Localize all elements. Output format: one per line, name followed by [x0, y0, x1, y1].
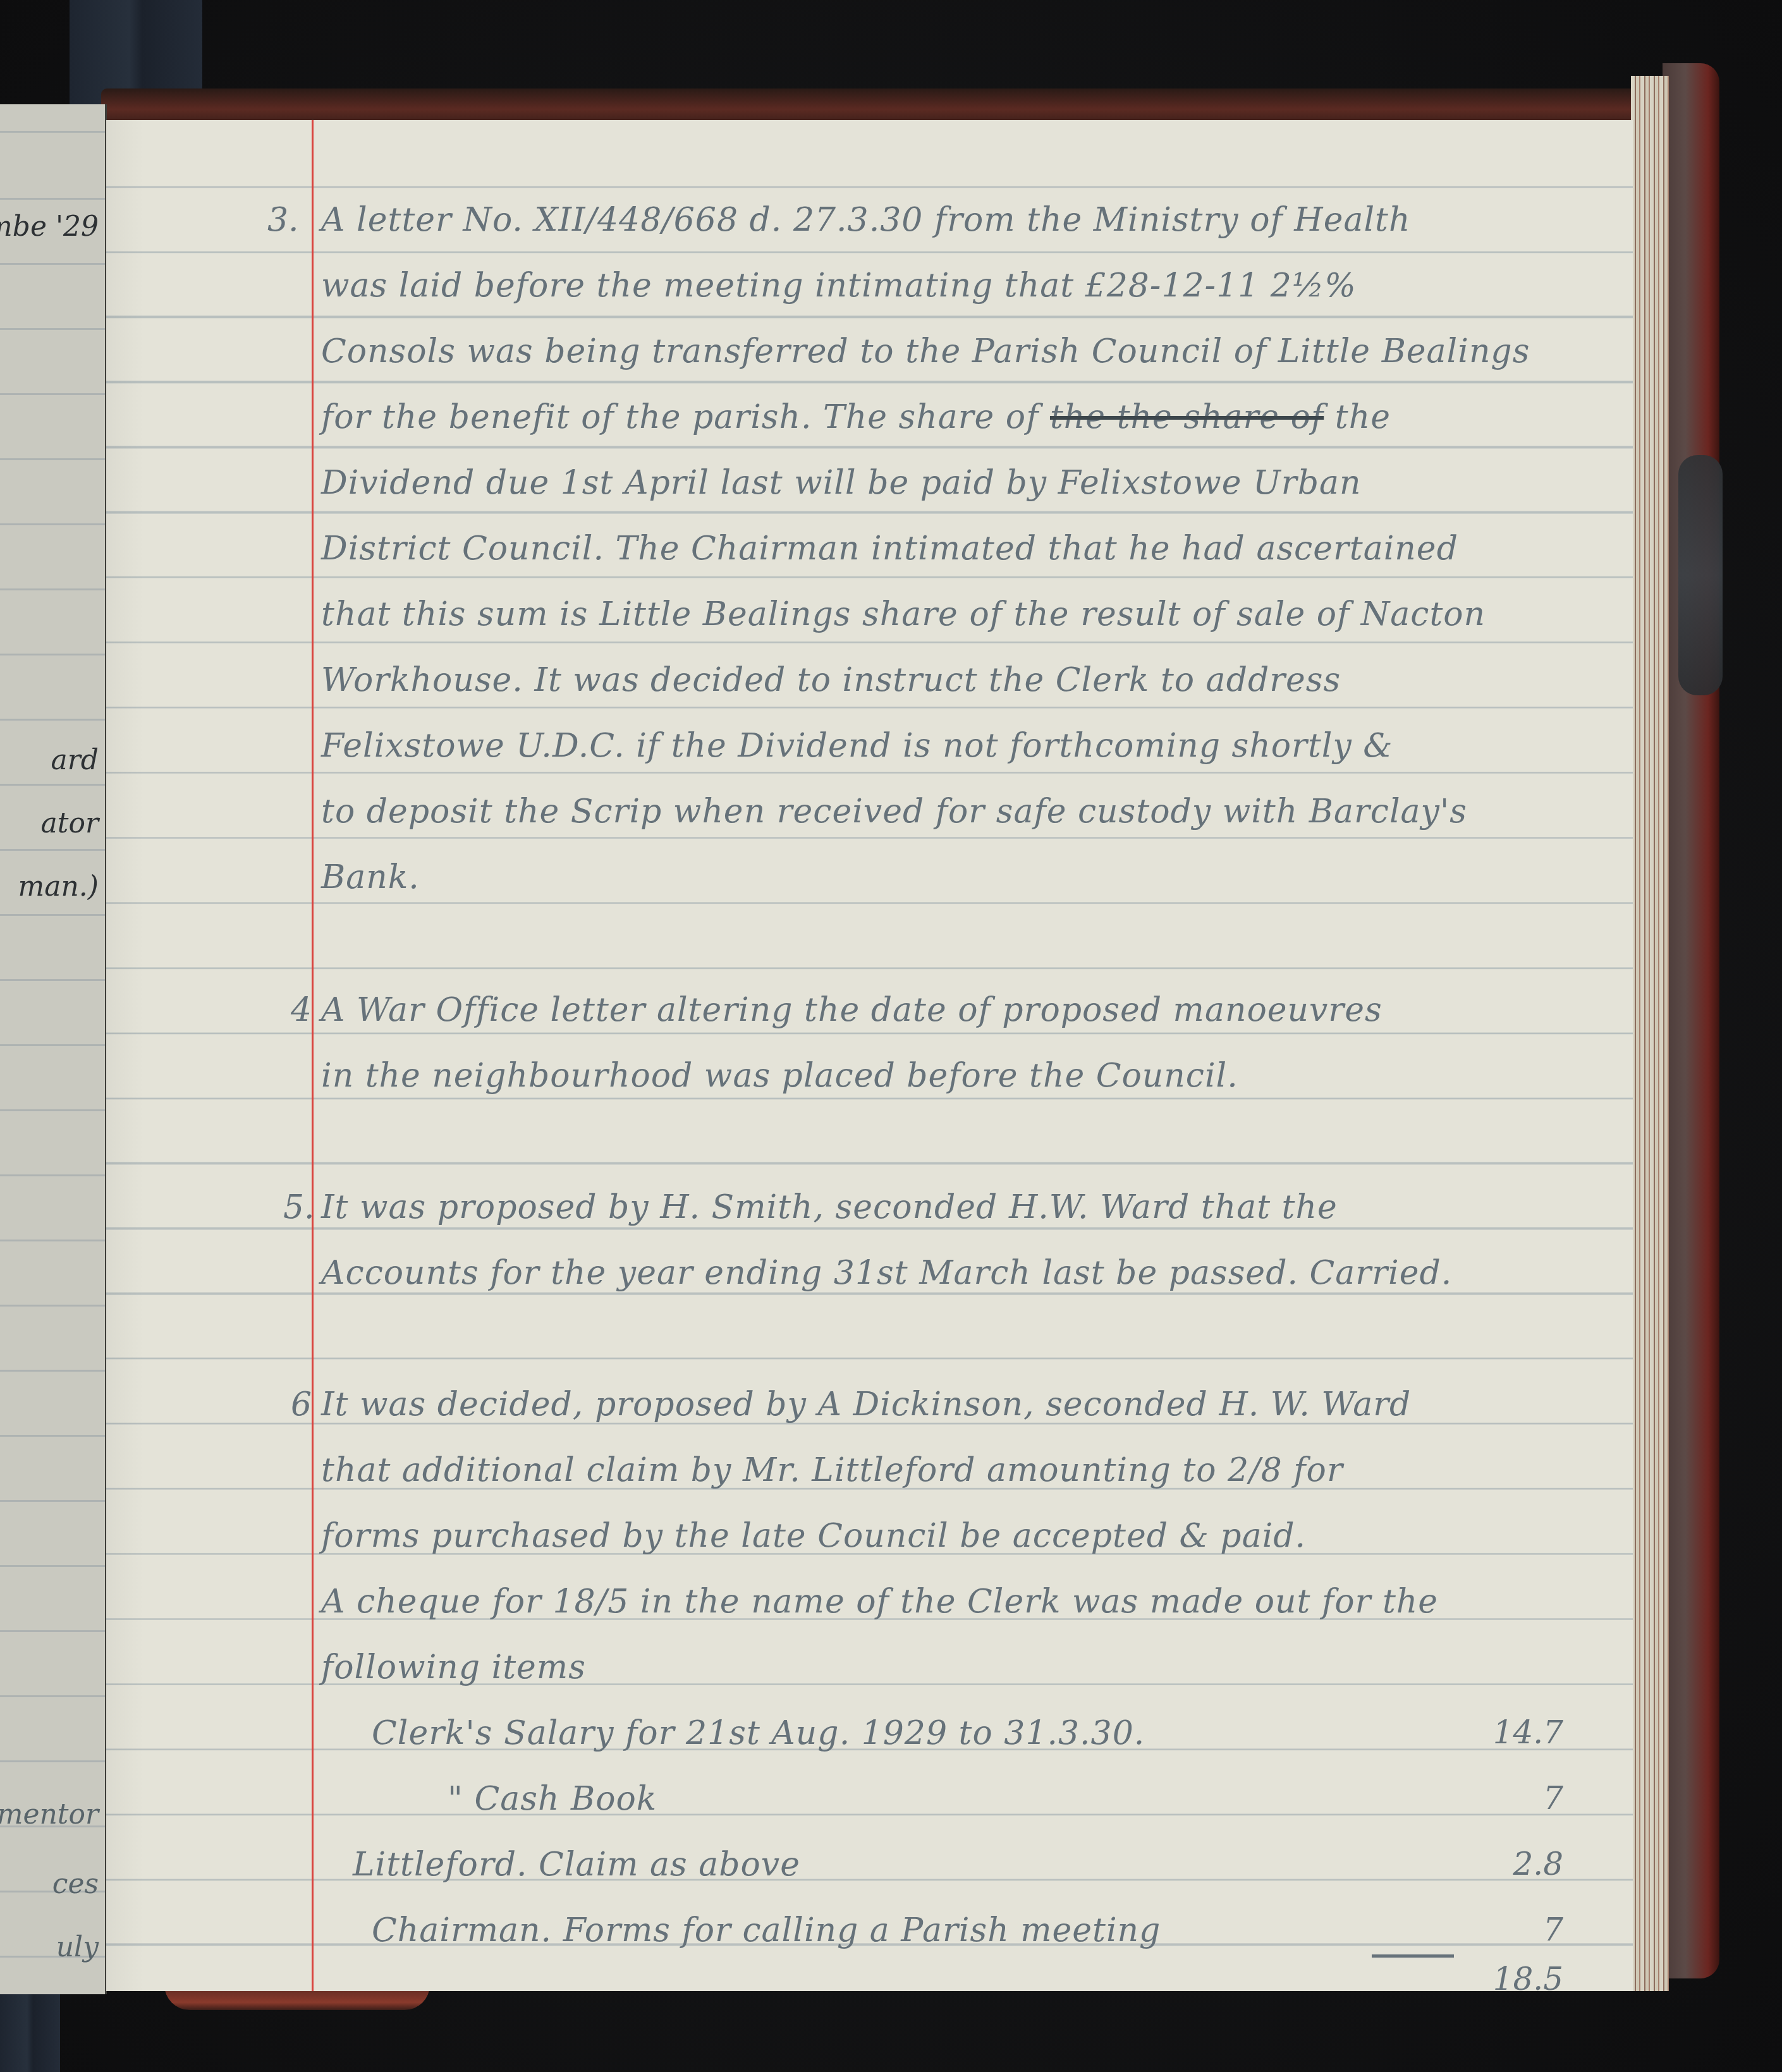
minute-line: Felixstowe U.D.C. if the Dividend is not… — [321, 727, 1393, 765]
minute-line: It was proposed by H. Smith, seconded H.… — [321, 1188, 1338, 1226]
minute-line: Accounts for the year ending 31st March … — [321, 1254, 1452, 1292]
ledger-row-amount: 7 — [1374, 1911, 1563, 1948]
minute-book-page: 3. A letter No. XII/448/668 d. 27.3.30 f… — [106, 120, 1633, 1991]
item-number: 6 — [291, 1386, 312, 1423]
minute-line: in the neighbourhood was placed before t… — [321, 1057, 1238, 1095]
minute-text: for the benefit of the parish. The share… — [321, 398, 1039, 436]
minute-line: was laid before the meeting intimating t… — [321, 267, 1357, 305]
minute-line: Bank. — [321, 858, 420, 896]
ledger-row-amount: 7 — [1374, 1780, 1563, 1817]
left-page-fragment: lementor — [0, 1798, 99, 1831]
left-page-fragment: ces — [52, 1868, 99, 1900]
minute-text: the — [1335, 398, 1391, 436]
left-page-fragment: ard — [51, 744, 99, 776]
minute-line: Dividend due 1st April last will be paid… — [321, 464, 1361, 502]
binding-thread — [1678, 455, 1723, 695]
book-cover-top-edge — [101, 88, 1694, 123]
left-facing-page: vembe '29 ard ator man.) lementor ces ul… — [0, 104, 107, 1994]
minute-line: A War Office letter altering the date of… — [321, 991, 1382, 1029]
minute-line: that this sum is Little Bealings share o… — [321, 595, 1486, 633]
minute-line: following items — [321, 1648, 586, 1686]
page-edges-stack — [1631, 76, 1669, 1991]
item-number: 5. — [283, 1188, 315, 1226]
ledger-row-amount: 14.7 — [1374, 1714, 1563, 1751]
minute-line: Workhouse. It was decided to instruct th… — [321, 661, 1341, 699]
minute-line: Consols was being transferred to the Par… — [321, 332, 1530, 370]
ledger-row-amount: 2.8 — [1374, 1846, 1563, 1882]
left-page-fragment: man.) — [18, 870, 99, 903]
minute-line: for the benefit of the parish. The share… — [321, 398, 1391, 436]
struck-out-text: the the share of — [1050, 398, 1324, 436]
ledger-total: 18.5 — [1374, 1961, 1563, 1997]
minute-line: A letter No. XII/448/668 d. 27.3.30 from… — [321, 201, 1410, 239]
minute-line: that additional claim by Mr. Littleford … — [321, 1451, 1343, 1489]
ledger-row-label: Chairman. Forms for calling a Parish mee… — [372, 1911, 1161, 1949]
ledger-row-label: " Cash Book — [448, 1780, 657, 1818]
book-cover-right-edge — [1663, 63, 1719, 1978]
minute-line: forms purchased by the late Council be a… — [321, 1517, 1306, 1555]
left-page-fragment: ator — [41, 807, 99, 839]
binding-strap-bottom — [0, 1994, 60, 2072]
ledger-total-rule — [1372, 1954, 1454, 1958]
item-number: 3. — [267, 201, 299, 239]
left-page-fragment: uly — [56, 1931, 99, 1963]
minute-line: A cheque for 18/5 in the name of the Cle… — [321, 1583, 1438, 1621]
left-page-fragment: vembe '29 — [0, 210, 99, 243]
minute-line: It was decided, proposed by A Dickinson,… — [321, 1386, 1411, 1423]
ledger-row-label: Littleford. Claim as above — [353, 1846, 800, 1884]
minute-line: to deposit the Scrip when received for s… — [321, 793, 1467, 831]
item-number: 4 — [291, 991, 312, 1029]
page-content: 3. A letter No. XII/448/668 d. 27.3.30 f… — [106, 120, 1633, 1991]
minute-line: District Council. The Chairman intimated… — [321, 530, 1458, 568]
ledger-row-label: Clerk's Salary for 21st Aug. 1929 to 31.… — [372, 1714, 1145, 1752]
